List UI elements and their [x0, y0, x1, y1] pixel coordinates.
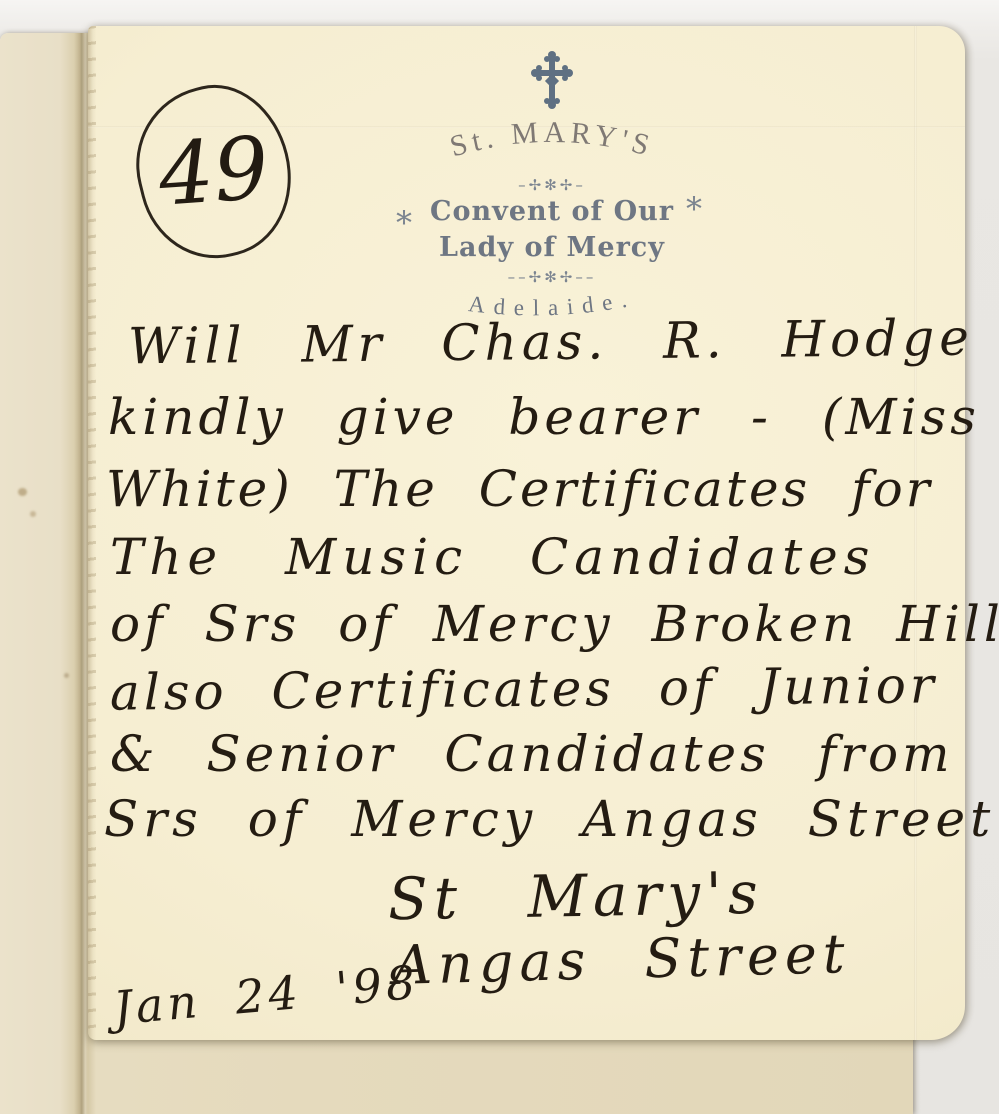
svg-text:St. MARY'S: St. MARY'S [446, 116, 657, 163]
vertical-crease [914, 26, 917, 1040]
date: Jan 24 '98 [111, 957, 421, 1034]
page-number: 49 [156, 125, 271, 218]
letterhead-asterisk-right: * [686, 190, 702, 228]
letterhead-name: St. MARY'S [446, 116, 657, 163]
letter-page: 49 [88, 26, 965, 1040]
scanned-letter: 49 [0, 0, 999, 1114]
torn-left-edge [88, 26, 96, 1040]
letterhead-asterisk-left: * [396, 204, 412, 242]
handwritten-line: also Certificates of Junior [110, 658, 938, 720]
handwritten-line: & Senior Candidates from [110, 727, 954, 782]
handwritten-line: kindly give bearer - (Miss [108, 390, 980, 445]
letterhead: St. MARY'S –✢✻✢– Convent of Our Lady of … [402, 48, 702, 334]
ornament-divider-bottom: ––✢✻✢–– [402, 268, 702, 286]
handwritten-line: White) The Certificates for [106, 462, 933, 517]
foxing-spot [64, 673, 69, 678]
page-number-circle: 49 [119, 70, 308, 274]
cross-fleury-icon [402, 48, 702, 114]
handwritten-line: Will Mr Chas. R. Hodge [128, 311, 974, 375]
letterhead-convent-line1: Convent of Our [402, 194, 702, 230]
foxing-spot [30, 511, 36, 517]
album-fold-crease [74, 33, 88, 1114]
letterhead-name-arc: St. MARY'S [412, 116, 692, 174]
signature-line-1: St Mary's [387, 862, 764, 932]
ornament-divider-top: –✢✻✢– [402, 176, 702, 194]
handwritten-line: Srs of Mercy Angas Street [104, 792, 995, 847]
foxing-spot [18, 488, 27, 496]
letterhead-convent-line2: Lady of Mercy [402, 230, 702, 266]
handwritten-line: of Srs of Mercy Broken Hill [110, 597, 999, 652]
signature-line-2: Angas Street [392, 924, 851, 995]
handwritten-line: The Music Candidates [110, 530, 875, 585]
